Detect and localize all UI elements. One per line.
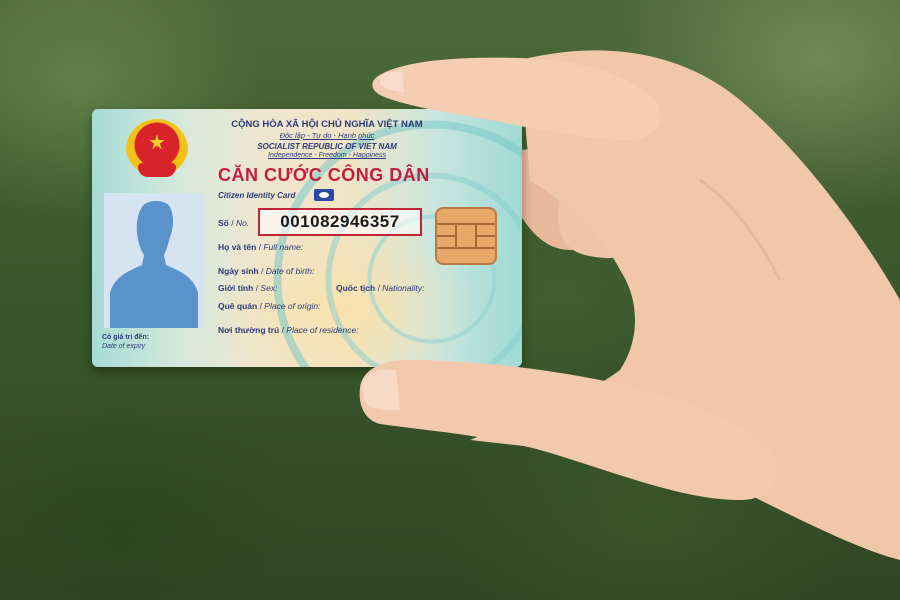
hand-front [0, 0, 900, 600]
photo-scene: ★ CỘNG HÒA XÃ HỘI CHỦ NGHĨA VIỆT NAM Độc… [0, 0, 900, 600]
